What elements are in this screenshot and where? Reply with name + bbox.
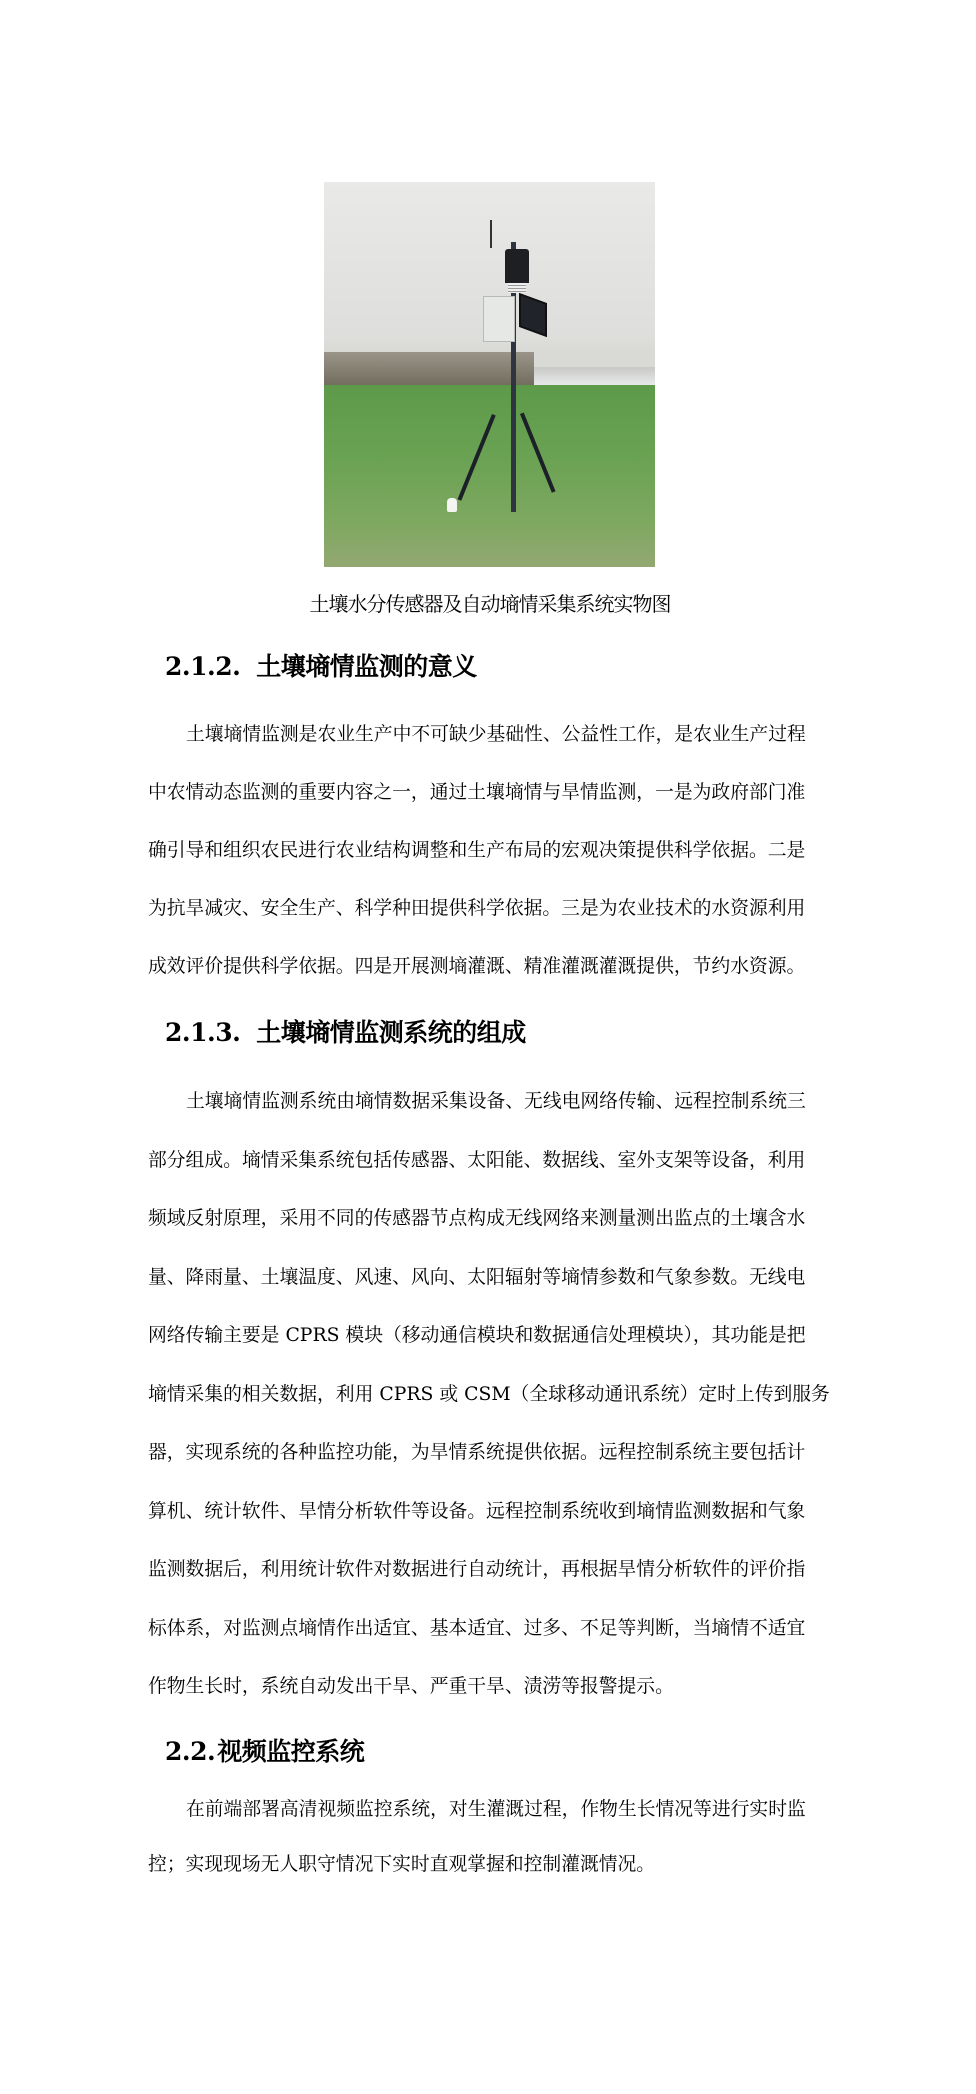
paragraph-2-1-2: 土壤墒情监测是农业生产中不可缺少基础性、公益性工作，是农业生产过程 中农情动态监… — [148, 706, 828, 996]
text-line: 土壤墒情监测是农业生产中不可缺少基础性、公益性工作，是农业生产过程 — [148, 706, 828, 764]
text-line: 为抗旱减灾、安全生产、科学种田提供科学依据。三是为农业技术的水资源利用 — [148, 880, 828, 938]
text-line: 监测数据后，利用统计软件对数据进行自动统计，再根据旱情分析软件的评价指 — [148, 1541, 828, 1600]
text-line: 算机、统计软件、旱情分析软件等设备。远程控制系统收到墒情监测数据和气象 — [148, 1483, 828, 1542]
text-line: 部分组成。墒情采集系统包括传感器、太阳能、数据线、室外支架等设备，利用 — [148, 1132, 828, 1191]
photo-solar-panel — [519, 293, 547, 337]
figure-caption: 土壤水分传感器及自动墒情采集系统实物图 — [290, 590, 690, 618]
photo-wind-vane — [490, 220, 492, 248]
section-number: 2.2. — [165, 1737, 215, 1766]
section-number: 2.1.3. — [165, 1018, 240, 1047]
text-line: 网络传输主要是 CPRS 模块（移动通信模块和数据通信处理模块），其功能是把 — [148, 1307, 828, 1366]
section-heading-2-2: 2.2.视频监控系统 — [165, 1734, 364, 1770]
photo-logger-box — [483, 296, 515, 342]
text-line: 作物生长时，系统自动发出干旱、严重干旱、渍涝等报警提示。 — [148, 1658, 828, 1717]
text-line: 标体系，对监测点墒情作出适宜、基本适宜、过多、不足等判断，当墒情不适宜 — [148, 1600, 828, 1659]
photo-soil-sensor — [447, 498, 457, 512]
photo-rain-gauge — [505, 249, 529, 283]
text-line: 量、降雨量、土壤温度、风速、风向、太阳辐射等墒情参数和气象参数。无线电 — [148, 1249, 828, 1308]
section-title: 土壤墒情监测系统的组成 — [256, 1018, 526, 1047]
text-line: 土壤墒情监测系统由墒情数据采集设备、无线电网络传输、远程控制系统三 — [148, 1073, 828, 1132]
section-title: 视频监控系统 — [217, 1737, 364, 1766]
text-line: 器，实现系统的各种监控功能，为旱情系统提供依据。远程控制系统主要包括计 — [148, 1424, 828, 1483]
text-line: 确引导和组织农民进行农业结构调整和生产布局的宏观决策提供科学依据。二是 — [148, 822, 828, 880]
text-line: 中农情动态监测的重要内容之一，通过土壤墒情与旱情监测，一是为政府部门准 — [148, 764, 828, 822]
paragraph-2-2: 在前端部署高清视频监控系统，对生灌溉过程，作物生长情况等进行实时监 控；实现现场… — [148, 1781, 828, 1891]
station-photo — [324, 182, 655, 567]
text-line: 成效评价提供科学依据。四是开展测墒灌溉、精准灌溉灌溉提供，节约水资源。 — [148, 938, 828, 996]
paragraph-2-1-3: 土壤墒情监测系统由墒情数据采集设备、无线电网络传输、远程控制系统三 部分组成。墒… — [148, 1073, 828, 1717]
photo-treeline — [324, 352, 534, 388]
section-title: 土壤墒情监测的意义 — [256, 652, 477, 681]
section-heading-2-1-3: 2.1.3.土壤墒情监测系统的组成 — [165, 1015, 526, 1051]
text-line: 频域反射原理，采用不同的传感器节点构成无线网络来测量测出监点的土壤含水 — [148, 1190, 828, 1249]
photo-field — [324, 385, 655, 567]
text-line: 控；实现现场无人职守情况下实时直观掌握和控制灌溉情况。 — [148, 1839, 828, 1891]
photo-radiation-shield — [508, 283, 526, 293]
text-line: 墒情采集的相关数据，利用 CPRS 或 CSM（全球移动通讯系统）定时上传到服务 — [148, 1366, 828, 1425]
section-number: 2.1.2. — [165, 652, 240, 681]
photo-greenhouses — [534, 367, 655, 385]
section-heading-2-1-2: 2.1.2.土壤墒情监测的意义 — [165, 649, 477, 685]
text-line: 在前端部署高清视频监控系统，对生灌溉过程，作物生长情况等进行实时监 — [148, 1781, 828, 1839]
